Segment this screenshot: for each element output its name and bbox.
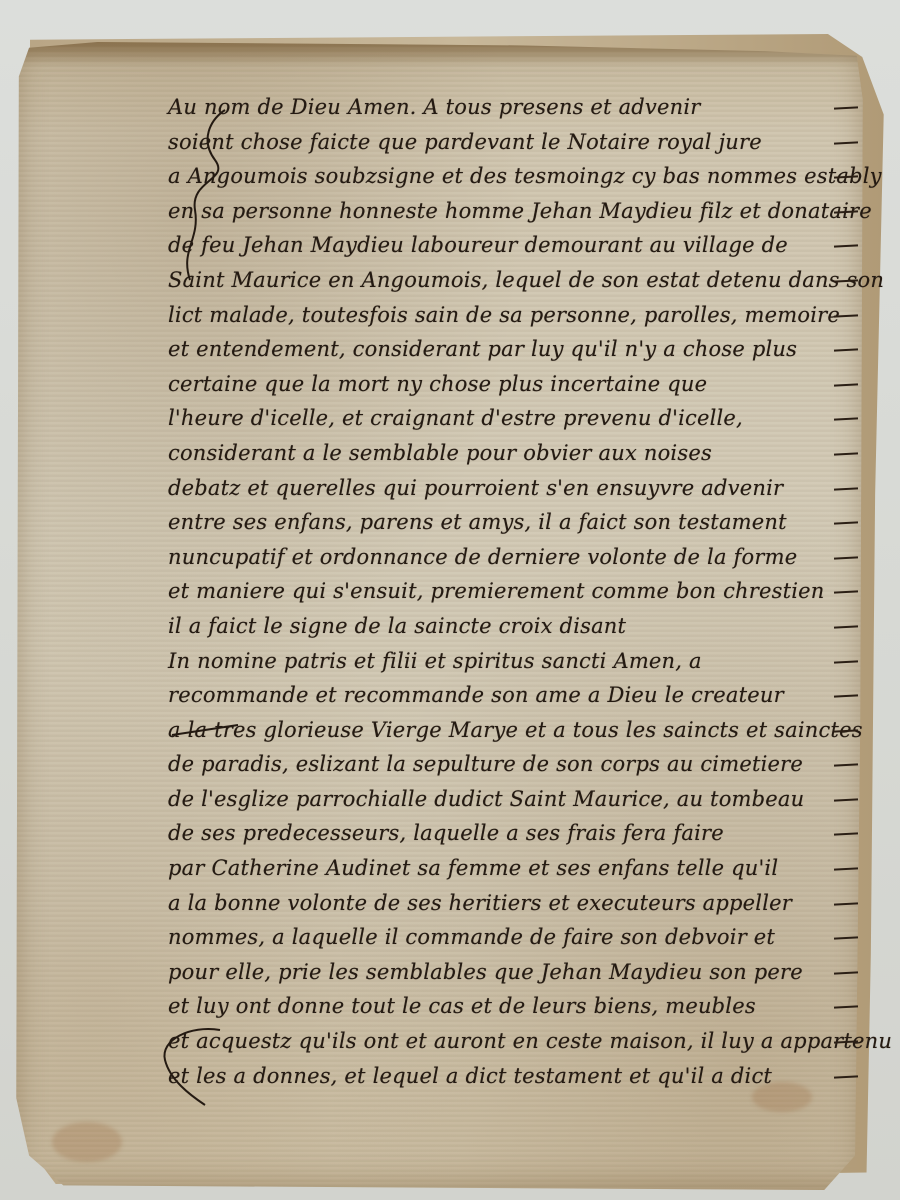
line-text: In nomine patris et filii et spiritus sa… [168,649,702,673]
line-text: et luy ont donne tout le cas et de leurs… [168,994,756,1018]
manuscript-line: de l'esglize parrochialle dudict Saint M… [168,782,848,817]
line-text: debatz et querelles qui pourroient s'en … [168,476,783,500]
line-text: soient chose faicte que pardevant le Not… [168,130,762,154]
line-text: il a faict le signe de la saincte croix … [168,614,626,638]
line-text: a la tres glorieuse Vierge Marye et a to… [168,718,863,742]
line-text: Au nom de Dieu Amen. A tous presens et a… [168,95,701,119]
manuscript-line: en sa personne honneste homme Jehan Mayd… [168,194,848,229]
line-text: et les a donnes, et lequel a dict testam… [168,1064,772,1088]
line-text: certaine que la mort ny chose plus incer… [168,372,707,396]
manuscript-line: nommes, a laquelle il commande de faire … [168,920,848,955]
manuscript-line: Au nom de Dieu Amen. A tous presens et a… [168,90,848,125]
line-text: entre ses enfans, parens et amys, il a f… [168,510,787,534]
manuscript-text: Au nom de Dieu Amen. A tous presens et a… [168,90,848,1093]
manuscript-line: lict malade, toutesfois sain de sa perso… [168,298,848,333]
line-text: et maniere qui s'ensuit, premierement co… [168,579,825,603]
manuscript-line: de feu Jehan Maydieu laboureur demourant… [168,228,848,263]
manuscript-line: et maniere qui s'ensuit, premierement co… [168,574,848,609]
manuscript-line: a la bonne volonte de ses heritiers et e… [168,886,848,921]
line-text: recommande et recommande son ame a Dieu … [168,683,784,707]
manuscript-line: a Angoumois soubzsigne et des tesmoingz … [168,159,848,194]
manuscript-line: a la tres glorieuse Vierge Marye et a to… [168,713,848,748]
line-text: de paradis, eslizant la sepulture de son… [168,752,803,776]
manuscript-line: et entendement, considerant par luy qu'i… [168,332,848,367]
manuscript-line: debatz et querelles qui pourroient s'en … [168,471,848,506]
manuscript-line: Saint Maurice en Angoumois, lequel de so… [168,263,848,298]
line-text: pour elle, prie les semblables que Jehan… [168,960,803,984]
line-text: de ses predecesseurs, laquelle a ses fra… [168,821,724,845]
manuscript-line: pour elle, prie les semblables que Jehan… [168,955,848,990]
line-text: a Angoumois soubzsigne et des tesmoingz … [168,164,882,188]
line-text: l'heure d'icelle, et craignant d'estre p… [168,406,743,430]
manuscript-line: de ses predecesseurs, laquelle a ses fra… [168,816,848,851]
manuscript-line: et les a donnes, et lequel a dict testam… [168,1059,848,1094]
manuscript-line: nuncupatif et ordonnance de derniere vol… [168,540,848,575]
line-text: de l'esglize parrochialle dudict Saint M… [168,787,804,811]
manuscript-line: de paradis, eslizant la sepulture de son… [168,747,848,782]
line-text: lict malade, toutesfois sain de sa perso… [168,303,840,327]
line-text: en sa personne honneste homme Jehan Mayd… [168,199,872,223]
line-text: nuncupatif et ordonnance de derniere vol… [168,545,797,569]
manuscript-line: et luy ont donne tout le cas et de leurs… [168,989,848,1024]
manuscript-line: certaine que la mort ny chose plus incer… [168,367,848,402]
manuscript-line: il a faict le signe de la saincte croix … [168,609,848,644]
manuscript-line: entre ses enfans, parens et amys, il a f… [168,505,848,540]
manuscript-line: recommande et recommande son ame a Dieu … [168,678,848,713]
line-text: de feu Jehan Maydieu laboureur demourant… [168,233,788,257]
manuscript-line: l'heure d'icelle, et craignant d'estre p… [168,401,848,436]
line-text: considerant a le semblable pour obvier a… [168,441,712,465]
manuscript-line: par Catherine Audinet sa femme et ses en… [168,851,848,886]
manuscript-line: et acquestz qu'ils ont et auront en cest… [168,1024,848,1059]
manuscript-line: considerant a le semblable pour obvier a… [168,436,848,471]
manuscript-line: In nomine patris et filii et spiritus sa… [168,644,848,679]
line-text: et acquestz qu'ils ont et auront en cest… [168,1029,892,1053]
line-text: par Catherine Audinet sa femme et ses en… [168,856,778,880]
line-text: nommes, a laquelle il commande de faire … [168,925,775,949]
manuscript-line: soient chose faicte que pardevant le Not… [168,125,848,160]
line-text: Saint Maurice en Angoumois, lequel de so… [168,268,884,292]
line-text: et entendement, considerant par luy qu'i… [168,337,797,361]
ink-stain [52,1122,122,1162]
line-text: a la bonne volonte de ses heritiers et e… [168,891,792,915]
